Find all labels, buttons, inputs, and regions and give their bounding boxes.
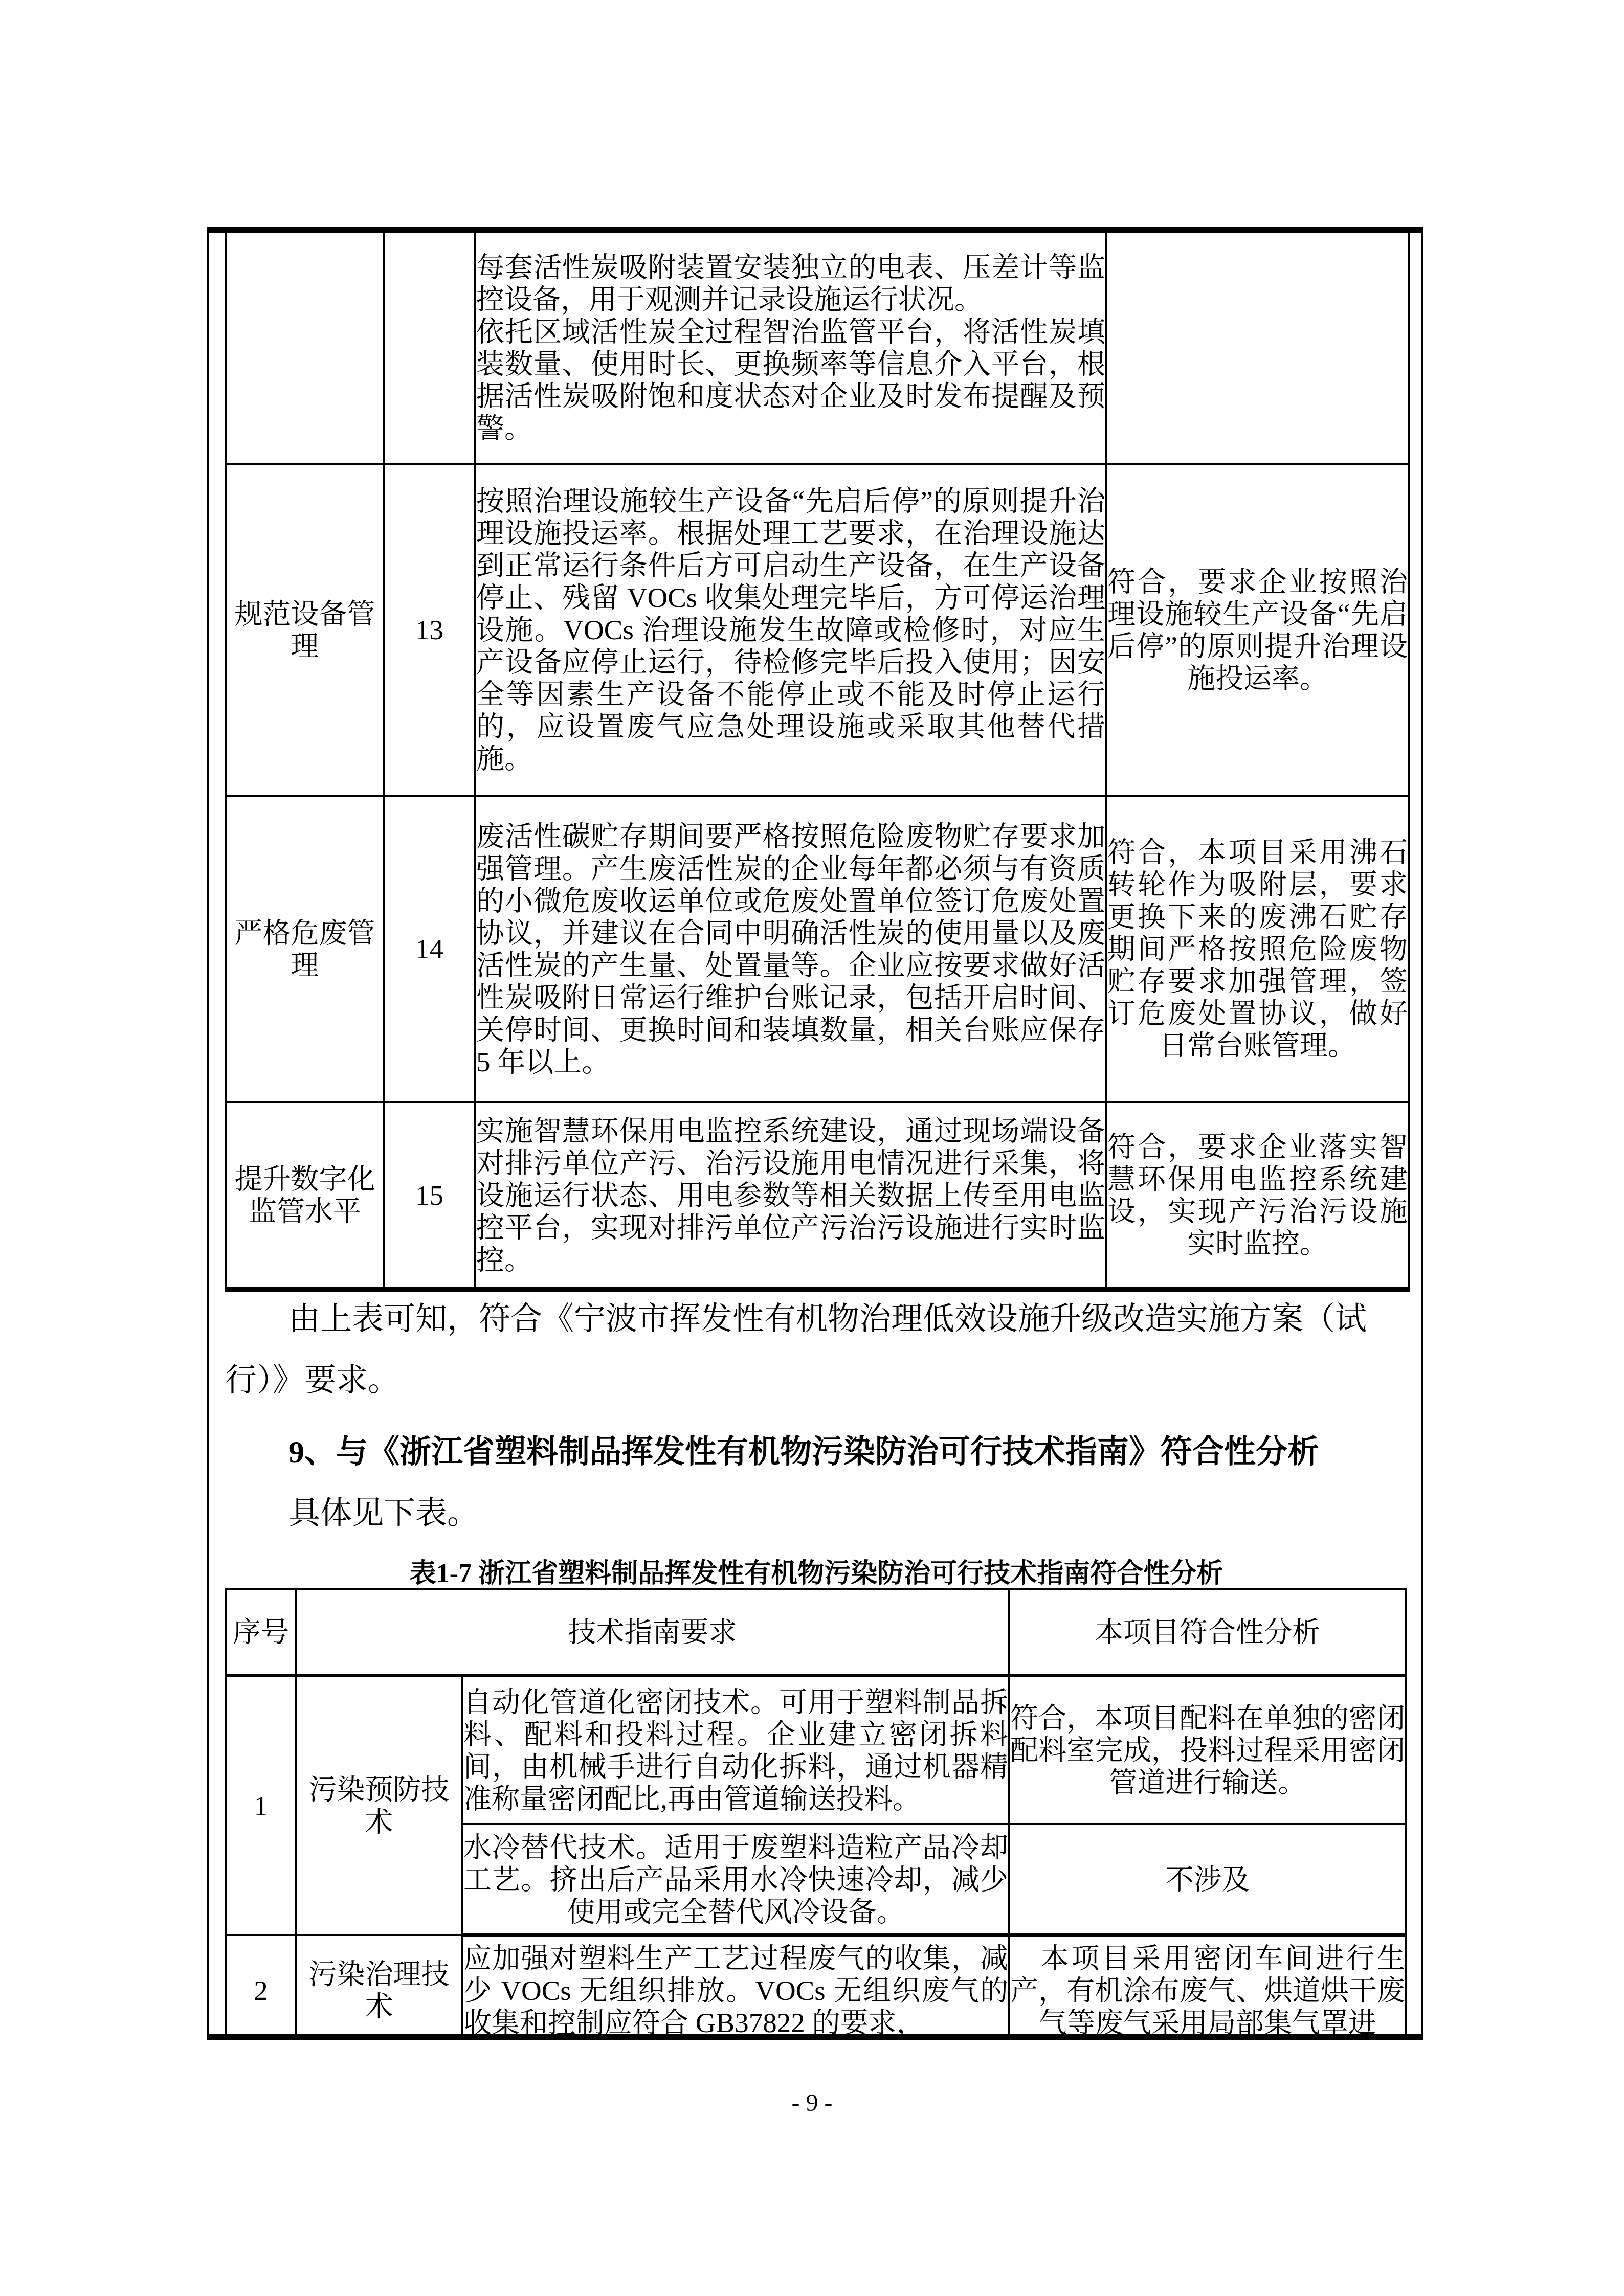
requirement-cell: 按照治理设施较生产设备“先启后停”的原则提升治理设施投运率。根据处理工艺要求，在… <box>475 464 1106 796</box>
index-cell: 13 <box>384 464 475 796</box>
analysis-cell <box>1106 233 1409 464</box>
page-frame: 每套活性炭吸附装置安装独立的电表、压差计等监控设备，用于观测并记录设施运行状况。… <box>207 227 1423 2040</box>
section-9-heading: 9、与《浙江省塑料制品挥发性有机物污染防治可行技术指南》符合性分析 <box>225 1422 1408 1483</box>
index-cell: 2 <box>226 1935 296 2040</box>
index-cell: 1 <box>226 1676 296 1935</box>
table-header-row: 序号 技术指南要求 本项目符合性分析 <box>226 1589 1406 1676</box>
analysis-cell: 符合，要求企业按照治理设施较生产设备“先启后停”的原则提升治理设施投运率。 <box>1106 464 1409 796</box>
requirement-cell: 每套活性炭吸附装置安装独立的电表、压差计等监控设备，用于观测并记录设施运行状况。… <box>475 233 1106 464</box>
table-row: 提升数字化监管水平 15 实施智慧环保用电监控系统建设，通过现场端设备对排污单位… <box>226 1102 1409 1290</box>
table-row: 1 污染预防技术 自动化管道化密闭技术。可用于塑料制品拆料、配料和投料过程。企业… <box>226 1676 1406 1824</box>
requirement-cell: 自动化管道化密闭技术。可用于塑料制品拆料、配料和投料过程。企业建立密闭拆料间，由… <box>462 1676 1009 1824</box>
index-cell <box>384 233 475 464</box>
category-cell: 污染治理技术 <box>296 1935 462 2040</box>
table-row: 规范设备管理 13 按照治理设施较生产设备“先启后停”的原则提升治理设施投运率。… <box>226 464 1409 796</box>
category-cell: 规范设备管理 <box>226 464 384 796</box>
header-no-cell: 序号 <box>226 1589 296 1676</box>
category-cell: 严格危废管理 <box>226 796 384 1102</box>
analysis-cell: 符合，要求企业落实智慧环保用电监控系统建设，实现产污治污设施实时监控。 <box>1106 1102 1409 1290</box>
analysis-cell: 符合，本项目采用沸石转轮作为吸附层，要求更换下来的废沸石贮存期间严格按照危险废物… <box>1106 796 1409 1102</box>
index-cell: 15 <box>384 1102 475 1290</box>
category-cell: 污染预防技术 <box>296 1676 462 1935</box>
table-plastic-guideline-compliance: 序号 技术指南要求 本项目符合性分析 1 污染预防技术 自动化管道化密闭技术。可… <box>225 1588 1407 2040</box>
requirement-cell: 废活性碳贮存期间要严格按照危险废物贮存要求加强管理。产生废活性炭的企业每年都必须… <box>475 796 1106 1102</box>
category-cell <box>226 233 384 464</box>
table-vocs-upgrade-compliance: 每套活性炭吸附装置安装独立的电表、压差计等监控设备，用于观测并记录设施运行状况。… <box>225 233 1410 1292</box>
document-page: 每套活性炭吸附装置安装独立的电表、压差计等监控设备，用于观测并记录设施运行状况。… <box>0 0 1624 2296</box>
requirement-cell: 实施智慧环保用电监控系统建设，通过现场端设备对排污单位产污、治污设施用电情况进行… <box>475 1102 1106 1290</box>
conclusion-paragraph: 由上表可知，符合《宁波市挥发性有机物治理低效设施升级改造实施方案（试 行）》要求… <box>225 1289 1408 1411</box>
index-cell: 14 <box>384 796 475 1102</box>
table-row: 严格危废管理 14 废活性碳贮存期间要严格按照危险废物贮存要求加强管理。产生废活… <box>226 796 1409 1102</box>
analysis-cell: 本项目采用密闭车间进行生产，有机涂布废气、烘道烘干废气等废气采用局部集气罩进 <box>1009 1935 1406 2040</box>
category-cell: 提升数字化监管水平 <box>226 1102 384 1290</box>
analysis-cell: 符合，本项目配料在单独的密闭配料室完成，投料过程采用密闭管道进行输送。 <box>1009 1676 1406 1824</box>
table-row: 2 污染治理技术 应加强对塑料生产工艺过程废气的收集，减少 VOCs 无组织排放… <box>226 1935 1406 2040</box>
requirement-cell: 应加强对塑料生产工艺过程废气的收集，减少 VOCs 无组织排放。VOCs 无组织… <box>462 1935 1009 2040</box>
table-row: 每套活性炭吸附装置安装独立的电表、压差计等监控设备，用于观测并记录设施运行状况。… <box>226 233 1409 464</box>
page-number: - 9 - <box>0 2089 1624 2117</box>
header-requirement-cell: 技术指南要求 <box>296 1589 1009 1676</box>
analysis-cell: 不涉及 <box>1009 1824 1406 1935</box>
requirement-cell: 水冷替代技术。适用于废塑料造粒产品冷却工艺。挤出后产品采用水冷快速冷却，减少使用… <box>462 1824 1009 1935</box>
intro-paragraph: 具体见下表。 <box>225 1483 1408 1544</box>
header-analysis-cell: 本项目符合性分析 <box>1009 1589 1406 1676</box>
